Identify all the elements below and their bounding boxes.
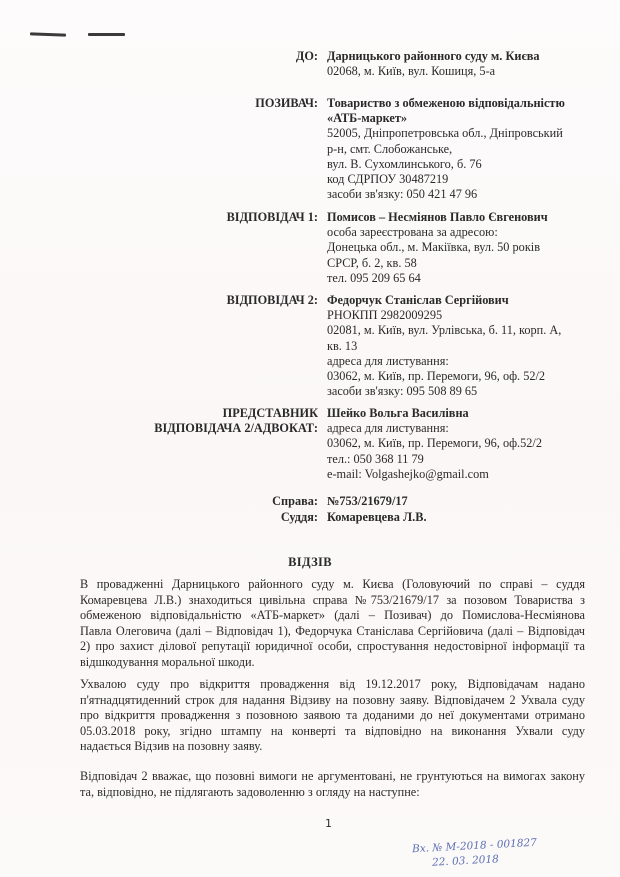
representative-label: ПРЕДСТАВНИК [223,406,318,421]
representative-label-2: ВІДПОВІДАЧА 2/АДВОКАТ: [154,421,318,436]
defendant2-label: ВІДПОВІДАЧ 2: [227,293,318,308]
text-line: В провадженні Дарницького районного суду… [80,577,585,593]
text-line: та, відповідно, не підлягають задоволенн… [80,785,585,801]
addressee-label: ДО: [296,49,318,64]
plaintiff-address: вул. В. Сухомлинського, б. 76 [327,157,617,172]
text-line: Відповідач 2 вважає, що позовні вимоги н… [80,769,585,785]
court-address: 02068, м. Київ, вул. Кошиця, 5-а [327,64,617,79]
representative-name: Шейко Вольга Василівна [327,406,617,421]
defendant2-mail-address: 03062, м. Київ, пр. Перемоги, 96, оф. 52… [327,369,617,384]
text-line: Павла Олеговича (далі – Відповідач 1), Ф… [80,624,585,640]
text-line: надається Відзив на позовну заяву. [80,739,585,755]
paragraph-2: Ухвалою суду про відкриття провадження в… [80,677,585,755]
text-line: Ухвалою суду про відкриття провадження в… [80,677,585,693]
case-label: Справа: [272,494,318,509]
plaintiff-name: Товариство з обмеженою відповідальністю [327,96,617,111]
document-title: ВІДЗІВ [0,555,620,570]
text-line: відшкодування моральної шкоди. [80,655,585,671]
defendant2-address: 02081, м. Київ, вул. Урлівська, б. 11, к… [327,323,617,338]
defendant2-name: Федорчук Станіслав Сергійович [327,293,617,308]
defendant2-mail-label: адреса для листування: [327,354,617,369]
text-line: п'ятнадцятиденний строк для надання Відз… [80,693,585,709]
defendant1-label: ВІДПОВІДАЧ 1: [227,210,318,225]
defendant1-phone: тел. 095 209 65 64 [327,271,617,286]
representative-mail-label: адреса для листування: [327,421,617,436]
defendant2-tax-id: РНОКПП 2982009295 [327,308,617,323]
paragraph-1: В провадженні Дарницького районного суду… [80,577,585,671]
plaintiff-address: р-н, смт. Слобожанське, [327,142,617,157]
representative-email: e-mail: Volgashejko@gmail.com [327,467,617,482]
text-line: 05.03.2018 року, згідно штампу на конвер… [80,724,585,740]
text-line: обмеженою відповідальністю «АТБ-маркет» … [80,608,585,624]
plaintiff-code: код СДРПОУ 30487219 [327,172,617,187]
handwritten-registration-number: Вх. № М-2018 - 001827 [412,837,537,856]
defendant1-name: Помисов – Несміянов Павло Євгенович [327,210,617,225]
scan-mark [88,33,125,36]
representative-phone: тел.: 050 368 11 79 [327,452,617,467]
scan-mark [30,32,66,36]
document-page: ДО: Дарницького районного суду м. Києва … [0,0,620,877]
plaintiff-contact: засоби зв'язку: 050 421 47 96 [327,187,617,202]
defendant1-address: Донецька обл., м. Макіївка, вул. 50 рокі… [327,240,617,255]
handwritten-date: 22. 03. 2018 [432,853,499,868]
defendant2-contact: засоби зв'язку: 095 508 89 65 [327,384,617,399]
judge-name: Комаревцева Л.В. [327,510,617,525]
defendant2-address: кв. 13 [327,339,617,354]
plaintiff-label: ПОЗИВАЧ: [255,96,318,111]
court-name: Дарницького районного суду м. Києва [327,49,617,64]
text-line: про відкриття провадження з позовною зая… [80,708,585,724]
representative-mail-address: 03062, м. Київ, пр. Перемоги, 96, оф.52/… [327,436,617,451]
page-number: 1 [325,817,332,830]
case-number: №753/21679/17 [327,494,617,509]
text-line: Комаревцева Л.В.) знаходиться цивільна с… [80,593,585,609]
plaintiff-name-2: «АТБ-маркет» [327,111,617,126]
judge-label: Суддя: [281,510,318,525]
plaintiff-address: 52005, Дніпропетровська обл., Дніпровськ… [327,126,617,141]
defendant1-info: особа зареєстрована за адресою: [327,225,617,240]
text-line: 2) про захист ділової репутації юридично… [80,639,585,655]
defendant1-address: СРСР, б. 2, кв. 58 [327,256,617,271]
paragraph-3: Відповідач 2 вважає, що позовні вимоги н… [80,769,585,800]
